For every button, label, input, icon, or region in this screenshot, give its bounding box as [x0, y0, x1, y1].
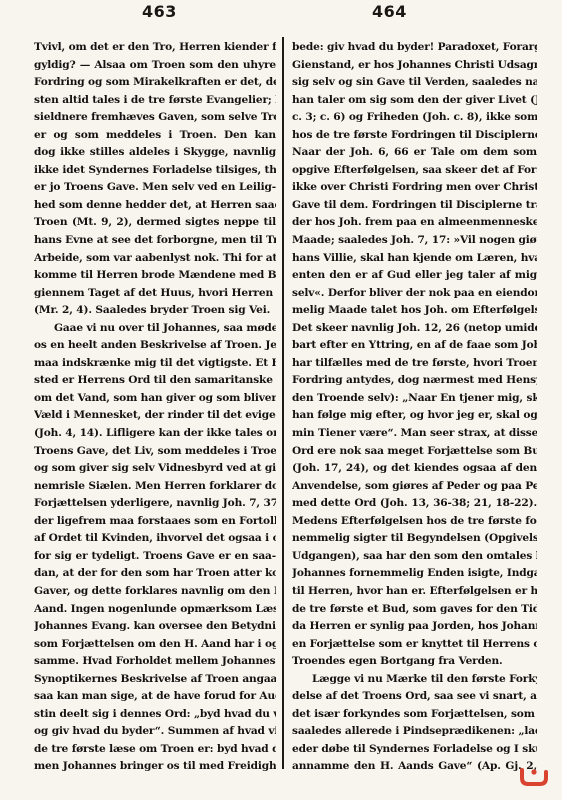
text-line: annamme den H. Aands Gave“ (Ap. Gj. 2, [292, 758, 537, 776]
page-number-left: 463 [142, 2, 177, 21]
text-line: giennem Taget af det Huus, hvori Herren … [34, 285, 276, 303]
text-line: min Tiener være“. Man seer strax, at dis… [292, 425, 537, 443]
text-line: selv«. Derfor bliver der nok paa en eien… [292, 285, 537, 303]
text-line: der ligefrem maa forstaaes som en Fortol… [34, 513, 276, 531]
text-line: er jo Troens Gave. Men selv ved en Leili… [34, 179, 276, 197]
text-line: til Herren, hvor han er. Efterfølgelsen … [292, 583, 537, 601]
text-line: Medens Efterfølgelsen hos de tre første … [292, 513, 537, 531]
text-line: hans Evne at see det forborgne, men til … [34, 232, 276, 250]
text-line: de tre første læse om Troen er: byd hvad… [34, 741, 276, 759]
text-line: sted er Herrens Ord til den samaritanske… [34, 372, 276, 390]
text-line: Gaae vi nu over til Johannes, saa møder [34, 320, 276, 338]
text-line: Troendes egen Bortgang fra Verden. [292, 653, 537, 671]
text-line: melig Maade talet hos Joh. om Efterfølge… [292, 302, 537, 320]
text-line: for sig er tydeligt. Troens Gave er en s… [34, 548, 276, 566]
text-line: maa indskrænke mig til det vigtigste. Et… [34, 355, 276, 373]
text-line: nemmelig sigter til Begyndelsen (Opgivel… [292, 530, 537, 548]
text-line: Udgangen), saa har den som den omtales h… [292, 548, 537, 566]
text-line: ikke idet Syndernes Forladelse tilsiges,… [34, 162, 276, 180]
right-page-text-column: bede: giv hvad du byder! Paradoxet, Fora… [292, 39, 537, 776]
text-line: Væld i Mennesket, der rinder til det evi… [34, 407, 276, 425]
text-line: saa kan man sige, at de have forud for A… [34, 688, 276, 706]
text-line: sig selv og sin Gave til Verden, saalede… [292, 74, 537, 92]
text-line: det især forkyndes som Forjættelsen, som… [292, 706, 537, 724]
text-line: komme til Herren brode Mændene med Baare… [34, 267, 276, 285]
text-line: Ord ere nok saa meget Forjættelse som Bu… [292, 443, 537, 461]
text-line: ikke over Christi Fordring men over Chri… [292, 179, 537, 197]
text-line: nemrisle Siælen. Men Herren forklarer do… [34, 478, 276, 496]
text-line: samme. Hvad Forholdet mellem Johannes og [34, 653, 276, 671]
text-line: hos de tre første Fordringen til Discipl… [292, 127, 537, 145]
text-line: den Troende selv): „Naar En tjener mig, … [292, 390, 537, 408]
text-line: af Ordet til Kvinden, ihvorvel det ogsaa… [34, 530, 276, 548]
text-line: Det skeer navnlig Joh. 12, 26 (netop umi… [292, 320, 537, 338]
text-line: med dette Ord (Joh. 13, 36-38; 21, 18-22… [292, 495, 537, 513]
text-line: da Herren er synlig paa Jorden, hos Joha… [292, 618, 537, 636]
text-line: (Mr. 2, 4). Saaledes bryder Troen sig Ve… [34, 302, 276, 320]
text-line: Gaver, og dette forklares navnlig om den… [34, 583, 276, 601]
text-line: Synoptikernes Beskrivelse af Troen angaa… [34, 671, 276, 689]
text-line: sten altid tales i de tre første Evangel… [34, 92, 276, 110]
text-line: men Johannes bringer os til med Freidigh… [34, 758, 276, 776]
text-line: (Joh. 4, 14). Lifligere kan der ikke tal… [34, 425, 276, 443]
text-line: saaledes allerede i Pindseprædikenen: „l… [292, 723, 537, 741]
text-line: om det Vand, som han giver og som bliver… [34, 390, 276, 408]
text-line: de tre første et Bud, som gaves for den … [292, 601, 537, 619]
text-line: er og som meddeles i Troen. Den kan [34, 127, 276, 145]
text-line: Naar der Joh. 6, 66 er Tale om dem som [292, 144, 537, 162]
page-number-right: 464 [372, 2, 407, 21]
text-line: bede: giv hvad du byder! Paradoxet, Fora… [292, 39, 537, 57]
column-divider [282, 37, 284, 769]
text-line: hed som denne hedder det, at Herren saae [34, 197, 276, 215]
text-line: og som giver sig selv Vidnesbyrd ved at … [34, 460, 276, 478]
text-line: stin deelt sig i dennes Ord: „byd hvad d… [34, 706, 276, 724]
text-line: Fordring og som Mirakelkraften er det, d… [34, 74, 276, 92]
text-line: Gienstand, er hos Johannes Christi Udsag… [292, 57, 537, 75]
smile-logo-icon [519, 764, 549, 786]
text-line: Johannes fornemmelig Enden isigte, Indga… [292, 565, 537, 583]
text-line: Gave til dem. Fordringen til Disciplerne… [292, 197, 537, 215]
text-line: c. 3; c. 6) og Friheden (Joh. c. 8), ikk… [292, 109, 537, 127]
text-line: Fordring antydes, dog nærmest med Hensyn… [292, 372, 537, 390]
text-line: Maade; saaledes Joh. 7, 17: »Vil nogen g… [292, 232, 537, 250]
text-line: hans Villie, skal han kjende om Læren, h… [292, 250, 537, 268]
text-line: en Forjættelse som er knyttet til Herren… [292, 636, 537, 654]
text-line: Arbeide, som var aabenlyst nok. Thi for … [34, 250, 276, 268]
text-line: Johannes Evang. kan oversee den Betydnin… [34, 618, 276, 636]
text-line: Troens Gave, det Liv, som meddeles i Tro… [34, 443, 276, 461]
text-line: enten den er af Gud eller jeg taler af m… [292, 267, 537, 285]
text-line: har tilfælles med de tre første, hvori T… [292, 355, 537, 373]
text-line: (Joh. 17, 24), og det kiendes ogsaa af d… [292, 460, 537, 478]
text-line: og giv hvad du byder“. Summen af hvad vi… [34, 723, 276, 741]
text-line: som Forjættelsen om den H. Aand har i og… [34, 636, 276, 654]
text-line: der hos Joh. frem paa en almeenmenneskel… [292, 214, 537, 232]
text-line: Tvivl, om det er den Tro, Herren kiender… [34, 39, 276, 57]
text-line: Troen (Mt. 9, 2), dermed sigtes neppe ti… [34, 214, 276, 232]
text-line: Lægge vi nu Mærke til den første Forkyn- [292, 671, 537, 689]
text-line: opgive Efterfølgelsen, saa skeer det af … [292, 162, 537, 180]
text-line: eder døbe til Syndernes Forladelse og I … [292, 741, 537, 759]
text-line: Forjættelsen yderligere, navnlig Joh. 7,… [34, 495, 276, 513]
text-line: han følge mig efter, og hvor jeg er, ska… [292, 407, 537, 425]
text-line: Anvendelse, som giøres af Peder og paa P… [292, 478, 537, 496]
text-line: han taler om sig som den der giver Livet… [292, 92, 537, 110]
left-page-text-column: Tvivl, om det er den Tro, Herren kiender… [34, 39, 276, 776]
text-line: Aand. Ingen nogenlunde opmærksom Læser a… [34, 601, 276, 619]
text-line: gyldig? — Alsaa om Troen som den uhyre [34, 57, 276, 75]
text-line: os en heelt anden Beskrivelse af Troen. … [34, 337, 276, 355]
text-line: delse af det Troens Ord, saa see vi snar… [292, 688, 537, 706]
text-line: bart efter en Yttring, en af de faae som… [292, 337, 537, 355]
text-line: sieldnere fremhæves Gaven, som selve Tro… [34, 109, 276, 127]
text-line: dan, at der for den som har Troen atter … [34, 565, 276, 583]
text-line: dog ikke stilles aldeles i Skygge, navnl… [34, 144, 276, 162]
